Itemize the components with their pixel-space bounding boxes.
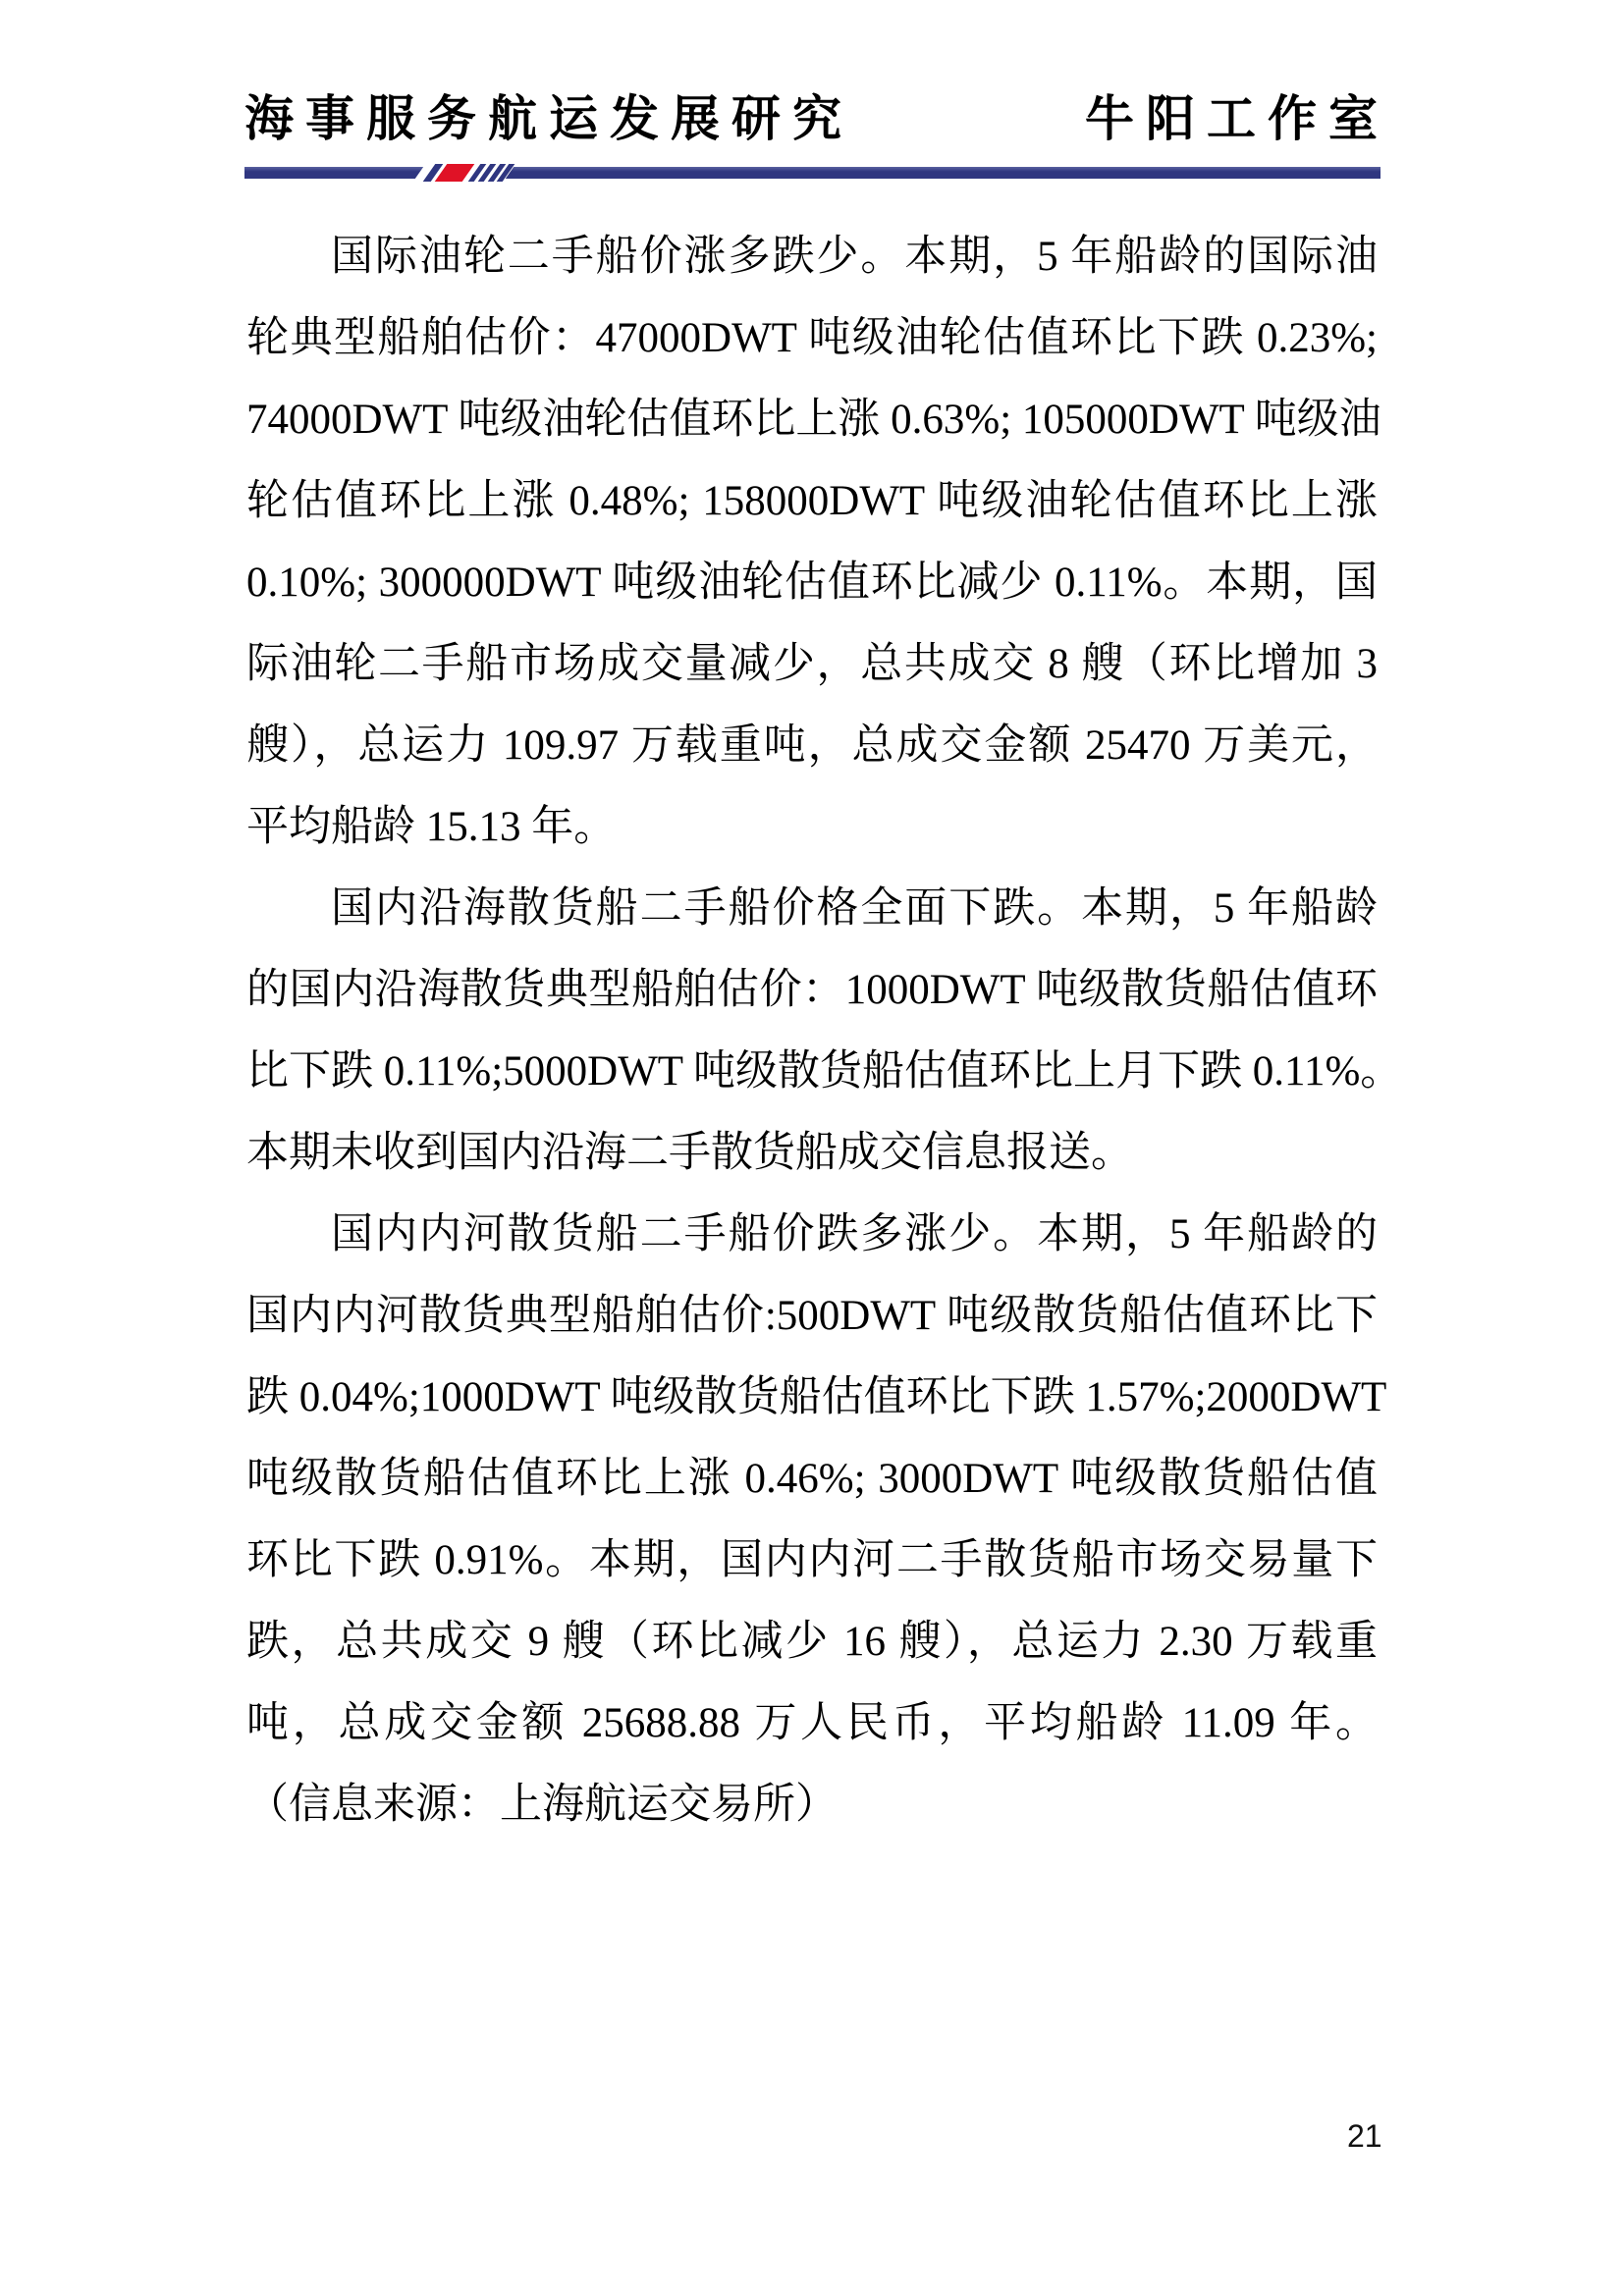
paragraph-international-tankers: 国际油轮二手船价涨多跌少。本期，5 年船龄的国际油 轮典型船舶估价：47000D… [246, 216, 1378, 868]
body-line: 艘），总运力 109.97 万载重吨，总成交金额 25470 万美元， [246, 705, 1378, 786]
header-divider-bar [244, 167, 1380, 179]
body-line: 轮典型船舶估价：47000DWT 吨级油轮估值环比下跌 0.23%; [246, 297, 1378, 379]
body-line: 跌 0.04%;1000DWT 吨级散货船估值环比下跌 1.57%;2000DW… [246, 1357, 1378, 1438]
header-title-left: 海事服务航运发展研究 [244, 88, 853, 149]
body-line: 本期未收到国内沿海二手散货船成交信息报送。 [246, 1112, 1378, 1194]
document-body: 国际油轮二手船价涨多跌少。本期，5 年船龄的国际油 轮典型船舶估价：47000D… [246, 216, 1378, 1845]
page-number: 21 [1347, 2118, 1382, 2155]
body-line: 吨，总成交金额 25688.88 万人民币，平均船龄 11.09 年。 [246, 1682, 1378, 1764]
body-line: 0.10%; 300000DWT 吨级油轮估值环比减少 0.11%。本期，国 [246, 542, 1378, 623]
body-line: （信息来源：上海航运交易所） [246, 1764, 1378, 1845]
document-page: 海事服务航运发展研究 牛阳工作室 国际油轮二手船价涨多跌少。本期，5 年船龄的国… [0, 0, 1624, 2296]
body-line: 74000DWT 吨级油轮估值环比上涨 0.63%; 105000DWT 吨级油 [246, 379, 1378, 460]
body-line: 的国内沿海散货典型船舶估价：1000DWT 吨级散货船估值环 [246, 949, 1378, 1031]
paragraph-domestic-river-bulk: 国内内河散货船二手船价跌多涨少。本期，5 年船龄的 国内内河散货典型船舶估价:5… [246, 1194, 1378, 1845]
body-line: 轮估值环比上涨 0.48%; 158000DWT 吨级油轮估值环比上涨 [246, 460, 1378, 542]
body-line: 国内内河散货典型船舶估价:500DWT 吨级散货船估值环比下 [246, 1275, 1378, 1357]
body-line: 平均船龄 15.13 年。 [246, 786, 1378, 868]
body-line: 比下跌 0.11%;5000DWT 吨级散货船估值环比上月下跌 0.11%。 [246, 1031, 1378, 1112]
paragraph-domestic-coastal-bulk: 国内沿海散货船二手船价格全面下跌。本期，5 年船龄 的国内沿海散货典型船舶估价：… [246, 868, 1378, 1194]
body-line: 国内沿海散货船二手船价格全面下跌。本期，5 年船龄 [246, 868, 1378, 949]
body-line: 吨级散货船估值环比上涨 0.46%; 3000DWT 吨级散货船估值 [246, 1438, 1378, 1520]
body-line: 国内内河散货船二手船价跌多涨少。本期，5 年船龄的 [246, 1194, 1378, 1275]
body-line: 国际油轮二手船价涨多跌少。本期，5 年船龄的国际油 [246, 216, 1378, 297]
header-title-right: 牛阳工作室 [1085, 88, 1389, 149]
body-line: 际油轮二手船市场成交量减少，总共成交 8 艘（环比增加 3 [246, 623, 1378, 705]
body-line: 环比下跌 0.91%。本期，国内内河二手散货船市场交易量下 [246, 1520, 1378, 1601]
body-line: 跌，总共成交 9 艘（环比减少 16 艘），总运力 2.30 万载重 [246, 1601, 1378, 1682]
